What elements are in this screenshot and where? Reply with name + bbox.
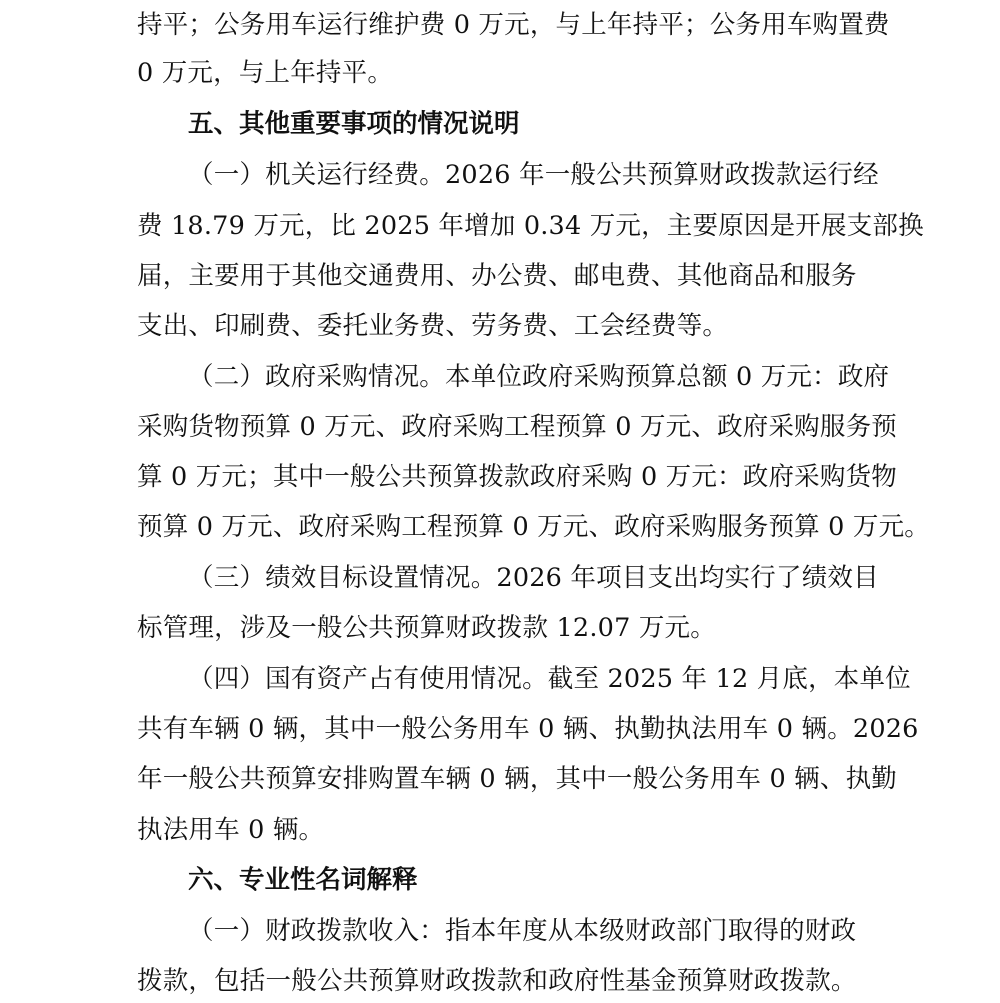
section-heading-terminology: 六、专业性名词解释	[188, 855, 418, 906]
paragraph-line-government-procurement: 预算 0 万元、政府采购工程预算 0 万元、政府采购服务预算 0 万元。	[137, 502, 930, 553]
paragraph-line-vehicle-costs-end: 0 万元，与上年持平。	[137, 48, 393, 99]
document-page: 持平；公务用车运行维护费 0 万元，与上年持平；公务用车购置费 0 万元，与上年…	[0, 0, 1000, 1003]
paragraph-line-operating-expenses: （一）机关运行经费。2026 年一般公共预算财政拨款运行经	[188, 150, 879, 201]
paragraph-line-fiscal-appropriation-income: （一）财政拨款收入：指本年度从本级财政部门取得的财政	[188, 906, 856, 957]
paragraph-line-state-assets: 共有车辆 0 辆，其中一般公务用车 0 辆、执勤执法用车 0 辆。2026	[137, 704, 919, 755]
paragraph-line-state-assets: 执法用车 0 辆。	[137, 805, 324, 856]
paragraph-line-performance-goals: （三）绩效目标设置情况。2026 年项目支出均实行了绩效目	[188, 553, 879, 604]
paragraph-line-government-procurement: 采购货物预算 0 万元、政府采购工程预算 0 万元、政府采购服务预	[137, 402, 897, 453]
paragraph-line-fiscal-appropriation-income: 拨款，包括一般公共预算财政拨款和政府性基金预算财政拨款。	[137, 956, 857, 1003]
paragraph-line-vehicle-costs-continued: 持平；公务用车运行维护费 0 万元，与上年持平；公务用车购置费	[137, 0, 890, 51]
paragraph-line-operating-expenses: 届，主要用于其他交通费用、办公费、邮电费、其他商品和服务	[137, 251, 857, 302]
paragraph-line-operating-expenses: 支出、印刷费、委托业务费、劳务费、工会经费等。	[137, 301, 728, 352]
paragraph-line-state-assets: （四）国有资产占有使用情况。截至 2025 年 12 月底，本单位	[188, 654, 911, 705]
paragraph-line-performance-goals: 标管理，涉及一般公共预算财政拨款 12.07 万元。	[137, 603, 716, 654]
paragraph-line-operating-expenses: 费 18.79 万元，比 2025 年增加 0.34 万元，主要原因是开展支部换	[137, 201, 924, 252]
paragraph-line-government-procurement: （二）政府采购情况。本单位政府采购预算总额 0 万元：政府	[188, 352, 889, 403]
section-heading-other-important-matters: 五、其他重要事项的情况说明	[188, 99, 520, 150]
paragraph-line-state-assets: 年一般公共预算安排购置车辆 0 辆，其中一般公务用车 0 辆、执勤	[137, 754, 897, 805]
paragraph-line-government-procurement: 算 0 万元；其中一般公共预算拨款政府采购 0 万元：政府采购货物	[137, 452, 897, 503]
